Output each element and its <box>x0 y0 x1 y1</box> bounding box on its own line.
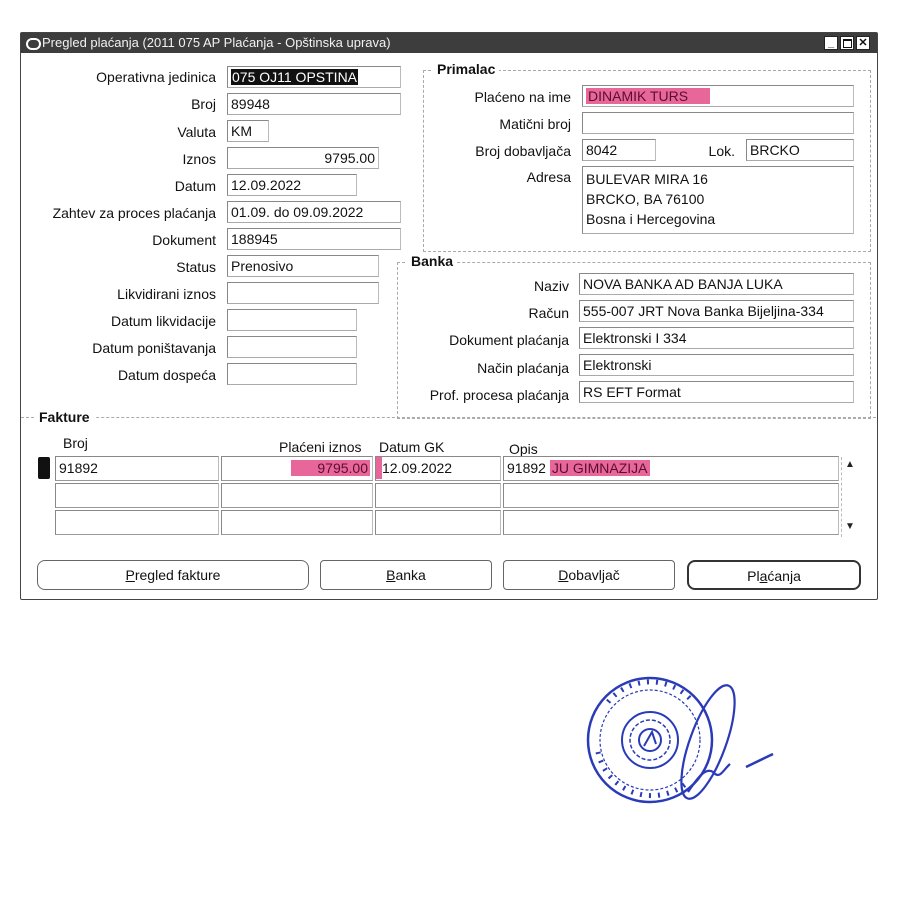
row3-opis[interactable] <box>503 510 839 535</box>
row1-placeni-iznos[interactable]: 9795.00 <box>221 456 373 481</box>
dokument-field[interactable]: 188945 <box>227 228 401 250</box>
label-datum-likvidacije: Datum likvidacije <box>21 313 216 329</box>
banka-title: Banka <box>407 253 457 269</box>
prof-procesa-placanja-field[interactable]: RS EFT Format <box>579 381 854 403</box>
broj-dobavljaca-field[interactable]: 8042 <box>582 139 656 161</box>
button-label: regled fakture <box>135 567 221 583</box>
row2-opis[interactable] <box>503 483 839 508</box>
fakture-title: Fakture <box>35 409 94 425</box>
mnemonic: D <box>558 567 568 583</box>
label-lok: Lok. <box>705 143 735 159</box>
row1-broj[interactable]: 91892 <box>55 456 219 481</box>
button-label: obavljač <box>568 567 619 583</box>
fakture-divider <box>21 417 876 418</box>
close-icon: ✕ <box>858 37 867 49</box>
row1-opis[interactable]: 91892 JU GIMNAZIJA <box>503 456 839 481</box>
row1-opis-highlight: JU GIMNAZIJA <box>550 460 650 476</box>
adresa-line: BULEVAR MIRA 16 <box>586 169 850 189</box>
zahtev-za-proces-placanja-field[interactable]: 01.09. do 09.09.2022 <box>227 201 401 223</box>
label-prof-procesa-placanja: Prof. procesa plaćanja <box>401 387 569 403</box>
row1-datum-gk-value: 12.09.2022 <box>382 460 452 476</box>
label-dokument-placanja: Dokument plaćanja <box>401 332 569 348</box>
dokument-placanja-field[interactable]: Elektronski I 334 <box>579 327 854 349</box>
row2-broj[interactable] <box>55 483 219 508</box>
row2-placeni-iznos[interactable] <box>221 483 373 508</box>
row3-broj[interactable] <box>55 510 219 535</box>
maximize-icon <box>843 39 852 48</box>
primalac-title: Primalac <box>433 61 499 77</box>
datum-ponistavanja-field[interactable] <box>227 336 357 358</box>
row3-datum-gk[interactable] <box>375 510 501 535</box>
placeno-na-ime-value: DINAMIK TURS <box>586 88 710 104</box>
label-naziv: Naziv <box>401 278 569 294</box>
col-datum-gk: Datum GK <box>379 439 444 455</box>
nacin-placanja-field[interactable]: Elektronski <box>579 354 854 376</box>
col-placeni-iznos: Plaćeni iznos <box>279 439 362 455</box>
label-broj-dobavljaca: Broj dobavljača <box>421 143 571 159</box>
row1-opis-prefix: 91892 <box>507 460 546 476</box>
row3-placeni-iznos[interactable] <box>221 510 373 535</box>
maximize-button[interactable] <box>840 36 854 50</box>
iznos-field[interactable]: 9795.00 <box>227 147 379 169</box>
broj-field[interactable]: 89948 <box>227 93 401 115</box>
dobavljac-button[interactable]: Dobavljač <box>503 560 675 590</box>
label-dokument: Dokument <box>21 232 216 248</box>
adresa-field[interactable]: BULEVAR MIRA 16 BRCKO, BA 76100 Bosna i … <box>582 166 854 234</box>
label-valuta: Valuta <box>21 124 216 140</box>
col-broj: Broj <box>63 435 88 451</box>
adresa-line: BRCKO, BA 76100 <box>586 189 850 209</box>
scroll-down-arrow-icon[interactable]: ▼ <box>845 521 855 532</box>
row2-datum-gk[interactable] <box>375 483 501 508</box>
pregled-fakture-button[interactable]: Pregled fakture <box>37 560 309 590</box>
payment-review-window: Pregled plaćanja (2011 075 AP Plaćanja -… <box>20 32 878 600</box>
naziv-field[interactable]: NOVA BANKA AD BANJA LUKA <box>579 273 854 295</box>
button-label: anka <box>395 567 425 583</box>
label-racun: Račun <box>401 305 569 321</box>
label-maticni-broj: Matični broj <box>421 116 571 132</box>
label-datum-dospeca: Datum dospeća <box>21 367 216 383</box>
fakture-scrollbar[interactable]: ▲ ▼ <box>841 457 858 537</box>
col-opis: Opis <box>509 441 538 457</box>
row1-datum-gk[interactable]: 12.09.2022 <box>375 456 501 481</box>
oracle-logo-icon <box>26 38 41 50</box>
label-broj: Broj <box>21 96 216 112</box>
status-field[interactable]: Prenosivo <box>227 255 379 277</box>
button-label: ćanja <box>767 568 800 584</box>
operativna-jedinica-value: 075 OJ11 OPSTINA <box>231 69 358 85</box>
datum-likvidacije-field[interactable] <box>227 309 357 331</box>
scroll-up-arrow-icon[interactable]: ▲ <box>845 459 855 470</box>
likvidirani-iznos-field[interactable] <box>227 282 379 304</box>
close-button[interactable]: ✕ <box>856 36 870 50</box>
label-datum-ponistavanja: Datum poništavanja <box>21 340 216 356</box>
lok-field[interactable]: BRCKO <box>746 139 854 161</box>
datum-field[interactable]: 12.09.2022 <box>227 174 357 196</box>
adresa-line: Bosna i Hercegovina <box>586 209 850 229</box>
mnemonic: P <box>126 567 135 583</box>
window-title: Pregled plaćanja (2011 075 AP Plaćanja -… <box>42 33 391 53</box>
operativna-jedinica-field[interactable]: 075 OJ11 OPSTINA <box>227 66 401 88</box>
banka-button[interactable]: Banka <box>320 560 492 590</box>
row-selector-active[interactable] <box>38 457 50 479</box>
label-likvidirani-iznos: Likvidirani iznos <box>21 286 216 302</box>
button-label: Pl <box>747 568 759 584</box>
label-zahtev-za-proces-placanja: Zahtev za proces plaćanja <box>21 205 216 221</box>
placeno-na-ime-field[interactable]: DINAMIK TURS <box>582 85 854 107</box>
label-adresa: Adresa <box>421 169 571 185</box>
label-status: Status <box>21 259 216 275</box>
label-placeno-na-ime: Plaćeno na ime <box>421 89 571 105</box>
label-operativna-jedinica: Operativna jedinica <box>21 69 216 85</box>
title-bar[interactable]: Pregled plaćanja (2011 075 AP Plaćanja -… <box>21 33 877 53</box>
label-iznos: Iznos <box>21 151 216 167</box>
maticni-broj-field[interactable] <box>582 112 854 134</box>
racun-field[interactable]: 555-007 JRT Nova Banka Bijeljina-334 <box>579 300 854 322</box>
placanja-button[interactable]: Plaćanja <box>687 560 861 590</box>
row1-placeni-iznos-value: 9795.00 <box>291 460 370 476</box>
official-stamp-icon <box>578 672 788 807</box>
valuta-field[interactable]: KM <box>227 120 269 142</box>
minimize-button[interactable]: _ <box>824 36 838 50</box>
datum-dospeca-field[interactable] <box>227 363 357 385</box>
label-nacin-placanja: Način plaćanja <box>401 360 569 376</box>
label-datum: Datum <box>21 178 216 194</box>
minimize-icon: _ <box>828 37 834 49</box>
